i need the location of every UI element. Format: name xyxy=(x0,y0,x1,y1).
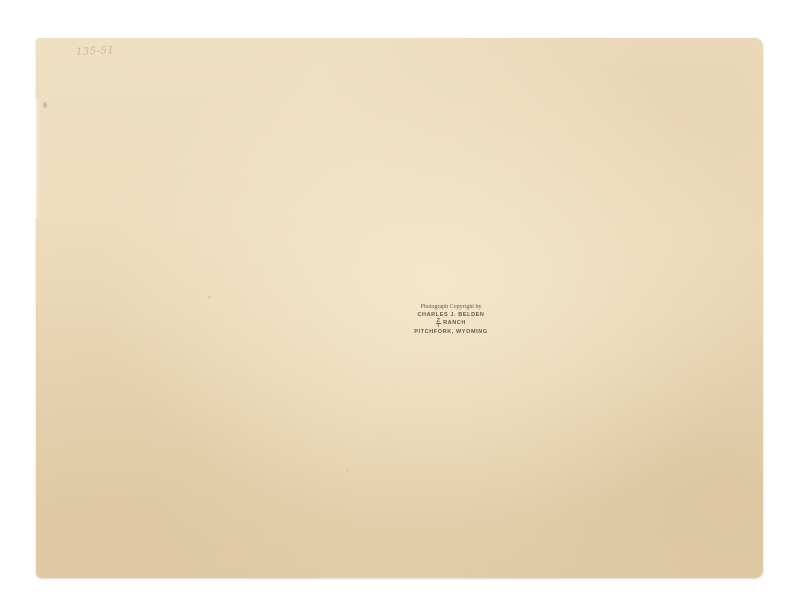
stamp-ranch-line: Z T RANCH xyxy=(386,319,516,328)
stamp-location: PITCHFORK, WYOMING xyxy=(386,328,516,336)
photographer-stamp: Photograph Copyright by CHARLES J. BELDE… xyxy=(386,303,516,336)
stamp-ranch-label: RANCH xyxy=(443,319,466,327)
photo-mount-back: 135-51 Photograph Copyright by CHARLES J… xyxy=(36,38,763,578)
cattle-brand-icon: Z T xyxy=(436,319,441,328)
stain-spot xyxy=(346,470,348,472)
scene: 135-51 Photograph Copyright by CHARLES J… xyxy=(0,0,800,615)
stain-spot xyxy=(208,296,211,299)
pencil-inventory-mark: 135-51 xyxy=(76,45,115,58)
stamp-copyright-line: Photograph Copyright by xyxy=(386,303,516,311)
stamp-photographer-name: CHARLES J. BELDEN xyxy=(386,311,516,319)
stain-spot xyxy=(43,102,47,108)
